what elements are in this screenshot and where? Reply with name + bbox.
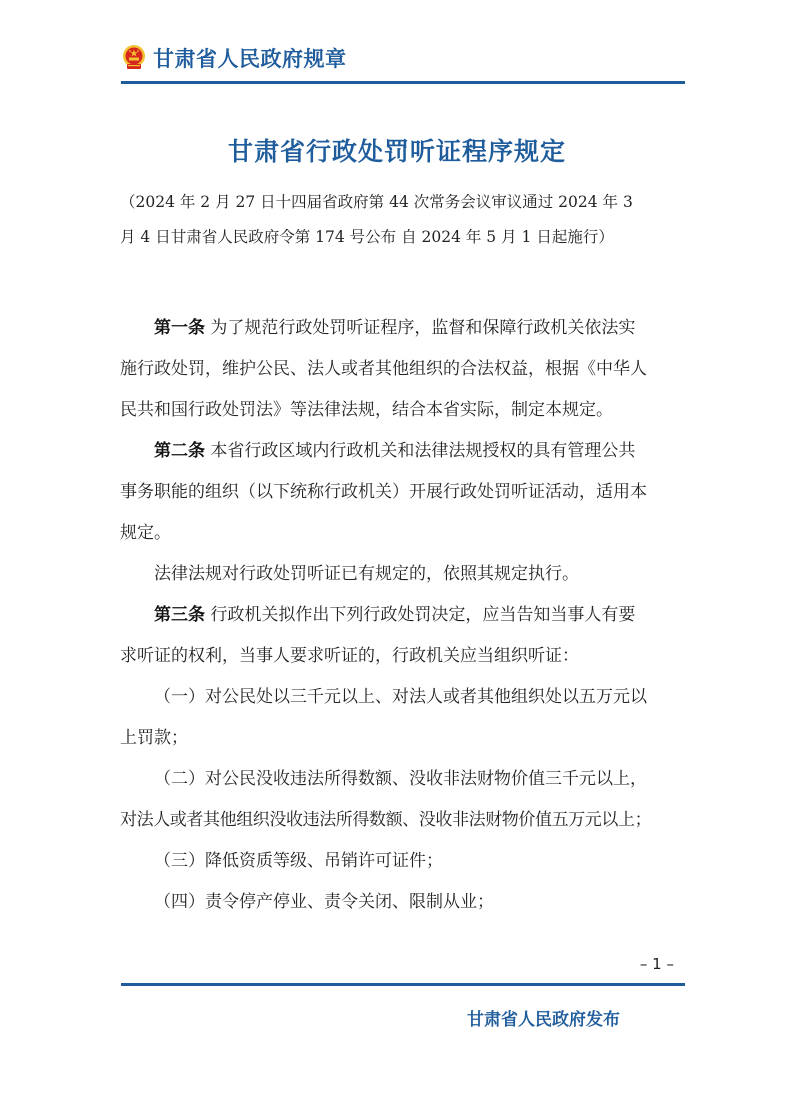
article-label: 第二条 bbox=[154, 441, 205, 461]
article-2-paragraph: 法律法规对行政处罚听证已有规定的，依照其规定执行。 bbox=[120, 554, 686, 595]
document-title: 甘肃省行政处罚听证程序规定 bbox=[0, 134, 794, 170]
article-2-line: 事务职能的组织（以下统称行政机关）开展行政处罚听证活动，适用本 bbox=[120, 472, 686, 513]
article-1: 第一条 为了规范行政处罚听证程序，监督和保障行政机关依法实 bbox=[120, 308, 686, 349]
page-number: – 1 – bbox=[640, 955, 674, 973]
list-item: （三）降低资质等级、吊销许可证件； bbox=[120, 841, 686, 882]
article-2: 第二条 本省行政区域内行政机关和法律法规授权的具有管理公共 bbox=[120, 431, 686, 472]
article-label: 第一条 bbox=[154, 318, 205, 338]
footer-divider bbox=[121, 983, 685, 986]
document-body: 第一条 为了规范行政处罚听证程序，监督和保障行政机关依法实 施行政处罚，维护公民… bbox=[120, 308, 686, 923]
list-item: （四）责令停产停业、责令关闭、限制从业； bbox=[120, 882, 686, 923]
list-item: （二）对公民没收违法所得数额、没收非法财物价值三千元以上， bbox=[120, 759, 686, 800]
subtitle-line: 月 4 日甘肃省人民政府令第 174 号公布 自 2024 年 5 月 1 日起… bbox=[120, 220, 686, 255]
publisher-label: 甘肃省人民政府发布 bbox=[467, 1005, 620, 1030]
article-1-line: 施行政处罚，维护公民、法人或者其他组织的合法权益，根据《中华人 bbox=[120, 349, 686, 390]
list-item: （一）对公民处以三千元以上、对法人或者其他组织处以五万元以 bbox=[120, 677, 686, 718]
list-item-line: 上罚款； bbox=[120, 718, 686, 759]
header-title: 甘肃省人民政府规章 bbox=[153, 45, 347, 73]
national-emblem-icon bbox=[121, 44, 147, 72]
article-2-line: 规定。 bbox=[120, 513, 686, 554]
article-label: 第三条 bbox=[154, 605, 205, 625]
page-header: 甘肃省人民政府规章 bbox=[121, 42, 685, 84]
document-subtitle: （2024 年 2 月 27 日十四届省政府第 44 次常务会议审议通过 202… bbox=[120, 185, 686, 255]
article-3-line: 求听证的权利，当事人要求听证的，行政机关应当组织听证： bbox=[120, 636, 686, 677]
article-3: 第三条 行政机关拟作出下列行政处罚决定，应当告知当事人有要 bbox=[120, 595, 686, 636]
header-divider bbox=[121, 81, 685, 84]
article-1-line: 民共和国行政处罚法》等法律法规，结合本省实际，制定本规定。 bbox=[120, 390, 686, 431]
subtitle-line: （2024 年 2 月 27 日十四届省政府第 44 次常务会议审议通过 202… bbox=[120, 185, 686, 220]
list-item-line: 对法人或者其他组织没收违法所得数额、没收非法财物价值五万元以上； bbox=[120, 800, 686, 841]
